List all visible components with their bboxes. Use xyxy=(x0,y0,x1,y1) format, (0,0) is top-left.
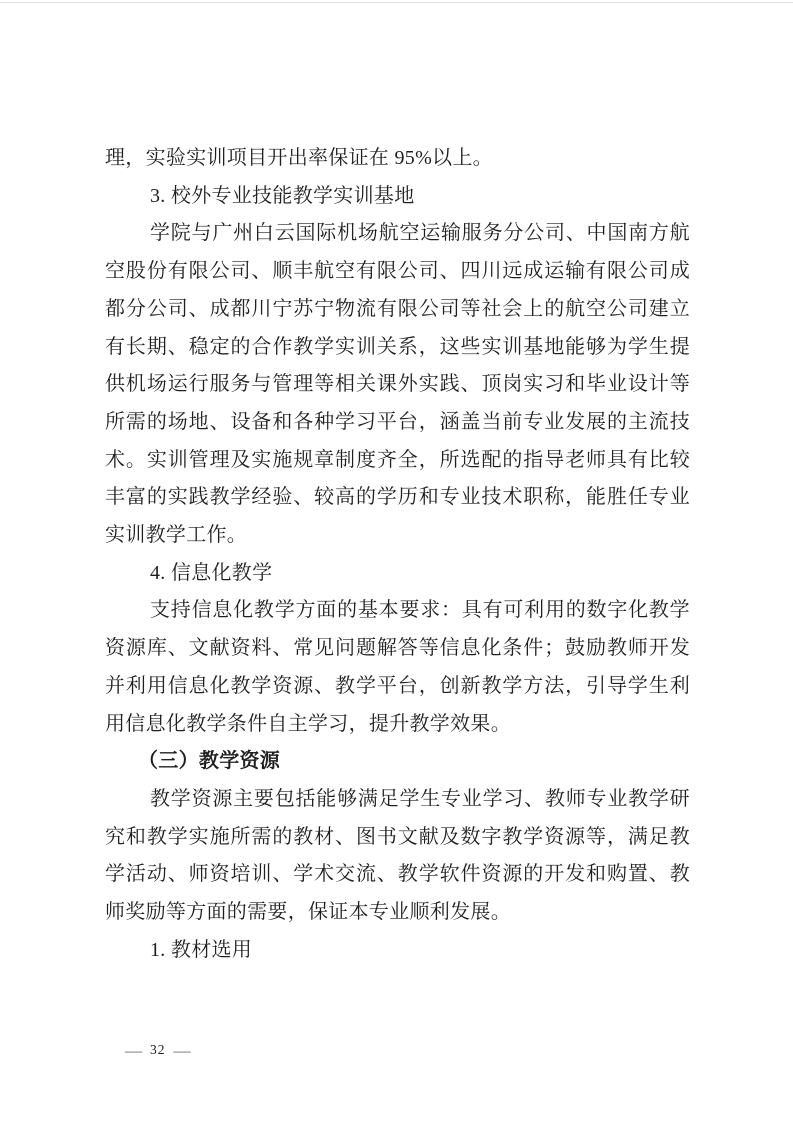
text-line: 用信息化教学条件自主学习，提升教学效果。 xyxy=(105,706,690,744)
footer-dash-left: — xyxy=(125,1044,142,1057)
text-line: 究和教学实施所需的教材、图书文献及数字教学资源等，满足教 xyxy=(105,819,690,857)
text-line: 学院与广州白云国际机场航空运输服务分公司、中国南方航 xyxy=(105,215,690,253)
text-line: 所需的场地、设备和各种学习平台，涵盖当前专业发展的主流技 xyxy=(105,404,690,442)
text-line: 学活动、师资培训、学术交流、教学软件资源的开发和购置、教 xyxy=(105,856,690,894)
text-line: 供机场运行服务与管理等相关课外实践、顶岗实习和毕业设计等 xyxy=(105,366,690,404)
text-line: 资源库、文献资料、常见问题解答等信息化条件；鼓励教师开发 xyxy=(105,630,690,668)
document-page: 理，实验实训项目开出率保证在 95%以上。 3. 校外专业技能教学实训基地 学院… xyxy=(0,0,793,1122)
document-body: 理，实验实训项目开出率保证在 95%以上。 3. 校外专业技能教学实训基地 学院… xyxy=(105,140,690,969)
text-line: 理，实验实训项目开出率保证在 95%以上。 xyxy=(105,140,690,178)
list-heading-3: 3. 校外专业技能教学实训基地 xyxy=(105,178,690,216)
text-line: 都分公司、成都川宁苏宁物流有限公司等社会上的航空公司建立 xyxy=(105,291,690,329)
list-heading-1: 1. 教材选用 xyxy=(105,932,690,970)
text-line: 并利用信息化教学资源、教学平台，创新教学方法，引导学生利 xyxy=(105,668,690,706)
text-line: 丰富的实践教学经验、较高的学历和专业技术职称，能胜任专业 xyxy=(105,479,690,517)
text-line: 教学资源主要包括能够满足学生专业学习、教师专业教学研 xyxy=(105,781,690,819)
text-line: 师奖励等方面的需要，保证本专业顺利发展。 xyxy=(105,894,690,932)
text-line: 支持信息化教学方面的基本要求：具有可利用的数字化教学 xyxy=(105,592,690,630)
section-heading-3: （三）教学资源 xyxy=(105,743,690,781)
text-line: 实训教学工作。 xyxy=(105,517,690,555)
text-line: 空股份有限公司、顺丰航空有限公司、四川远成运输有限公司成 xyxy=(105,253,690,291)
list-heading-4: 4. 信息化教学 xyxy=(105,555,690,593)
text-line: 术。实训管理及实施规章制度齐全，所选配的指导老师具有比较 xyxy=(105,442,690,480)
page-footer: — 32 — xyxy=(125,1042,191,1058)
page-number: 32 xyxy=(150,1042,166,1058)
text-line: 有长期、稳定的合作教学实训关系，这些实训基地能够为学生提 xyxy=(105,329,690,367)
footer-dash-right: — xyxy=(174,1044,191,1057)
page-top-edge xyxy=(0,2,793,3)
